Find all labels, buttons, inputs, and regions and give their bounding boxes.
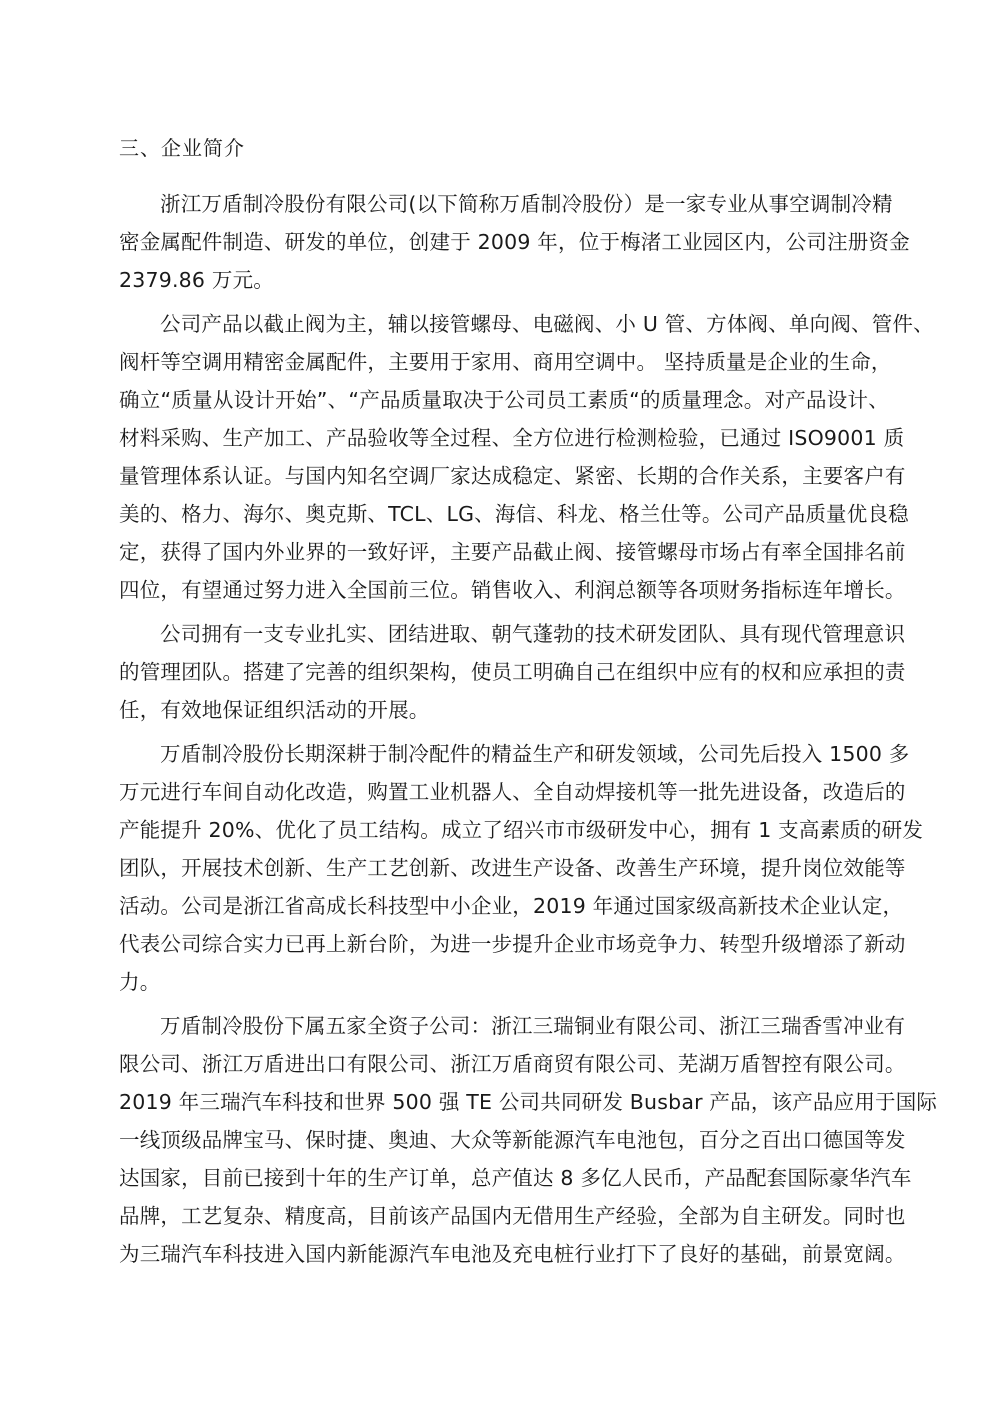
paragraph-intro: 浙江万盾制冷股份有限公司(以下简称万盾制冷股份）是一家专业从事空调制冷精 密金属… (119, 185, 889, 299)
paragraph-line: 阀杆等空调用精密金属配件，主要用于家用、商用空调中。 坚持质量是企业的生命， (119, 343, 889, 381)
paragraph-line: 团队，开展技术创新、生产工艺创新、改进生产设备、改善生产环境，提升岗位效能等 (119, 849, 889, 887)
paragraph-line: 万盾制冷股份下属五家全资子公司：浙江三瑞铜业有限公司、浙江三瑞香雪冲业有 (119, 1007, 889, 1045)
paragraph-line: 定，获得了国内外业界的一致好评，主要产品截止阀、接管螺母市场占有率全国排名前 (119, 533, 889, 571)
paragraph-line: 美的、格力、海尔、奥克斯、TCL、LG、海信、科龙、格兰仕等。公司产品质量优良稳 (119, 495, 889, 533)
paragraph-line: 材料采购、生产加工、产品验收等全过程、全方位进行检测检验，已通过 ISO9001… (119, 419, 889, 457)
paragraph-team: 公司拥有一支专业扎实、团结进取、朝气蓬勃的技术研发团队、具有现代管理意识 的管理… (119, 615, 889, 729)
paragraph-line: 量管理体系认证。与国内知名空调厂家达成稳定、紧密、长期的合作关系，主要客户有 (119, 457, 889, 495)
paragraph-line: 产能提升 20%、优化了员工结构。成立了绍兴市市级研发中心，拥有 1 支高素质的… (119, 811, 889, 849)
paragraph-line: 2019 年三瑞汽车科技和世界 500 强 TE 公司共同研发 Busbar 产… (119, 1083, 889, 1121)
document-page: 三、企业简介 浙江万盾制冷股份有限公司(以下简称万盾制冷股份）是一家专业从事空调… (119, 134, 889, 1279)
paragraph-products: 公司产品以截止阀为主，辅以接管螺母、电磁阀、小 U 管、方体阀、单向阀、管件、 … (119, 305, 889, 609)
paragraph-line: 确立“质量从设计开始”、“产品质量取决于公司员工素质“的质量理念。对产品设计、 (119, 381, 889, 419)
section-heading: 三、企业简介 (119, 134, 889, 162)
paragraph-line: 一线顶级品牌宝马、保时捷、奥迪、大众等新能源汽车电池包，百分之百出口德国等发 (119, 1121, 889, 1159)
paragraph-line: 为三瑞汽车科技进入国内新能源汽车电池及充电桩行业打下了良好的基础，前景宽阔。 (119, 1235, 889, 1273)
paragraph-line: 的管理团队。搭建了完善的组织架构，使员工明确自己在组织中应有的权和应承担的责 (119, 653, 889, 691)
paragraph-rnd: 万盾制冷股份长期深耕于制冷配件的精益生产和研发领域，公司先后投入 1500 多 … (119, 735, 889, 1001)
paragraph-line: 四位，有望通过努力进入全国前三位。销售收入、利润总额等各项财务指标连年增长。 (119, 571, 889, 609)
paragraph-line: 代表公司综合实力已再上新台阶，为进一步提升企业市场竞争力、转型升级增添了新动 (119, 925, 889, 963)
paragraph-line: 品牌，工艺复杂、精度高，目前该产品国内无借用生产经验，全部为自主研发。同时也 (119, 1197, 889, 1235)
paragraph-line: 任，有效地保证组织活动的开展。 (119, 691, 889, 729)
paragraph-line: 公司产品以截止阀为主，辅以接管螺母、电磁阀、小 U 管、方体阀、单向阀、管件、 (119, 305, 889, 343)
paragraph-line: 浙江万盾制冷股份有限公司(以下简称万盾制冷股份）是一家专业从事空调制冷精 (119, 185, 889, 223)
paragraph-line: 达国家，目前已接到十年的生产订单，总产值达 8 多亿人民币，产品配套国际豪华汽车 (119, 1159, 889, 1197)
paragraph-line: 万元进行车间自动化改造，购置工业机器人、全自动焊接机等一批先进设备，改造后的 (119, 773, 889, 811)
paragraph-line: 密金属配件制造、研发的单位，创建于 2009 年，位于梅渚工业园区内，公司注册资… (119, 223, 889, 261)
paragraph-line: 公司拥有一支专业扎实、团结进取、朝气蓬勃的技术研发团队、具有现代管理意识 (119, 615, 889, 653)
paragraph-line: 力。 (119, 963, 889, 1001)
paragraph-line: 活动。公司是浙江省高成长科技型中小企业，2019 年通过国家级高新技术企业认定， (119, 887, 889, 925)
paragraph-line: 2379.86 万元。 (119, 261, 889, 299)
paragraph-line: 万盾制冷股份长期深耕于制冷配件的精益生产和研发领域，公司先后投入 1500 多 (119, 735, 889, 773)
paragraph-subsidiaries: 万盾制冷股份下属五家全资子公司：浙江三瑞铜业有限公司、浙江三瑞香雪冲业有 限公司… (119, 1007, 889, 1273)
paragraph-line: 限公司、浙江万盾进出口有限公司、浙江万盾商贸有限公司、芜湖万盾智控有限公司。 (119, 1045, 889, 1083)
